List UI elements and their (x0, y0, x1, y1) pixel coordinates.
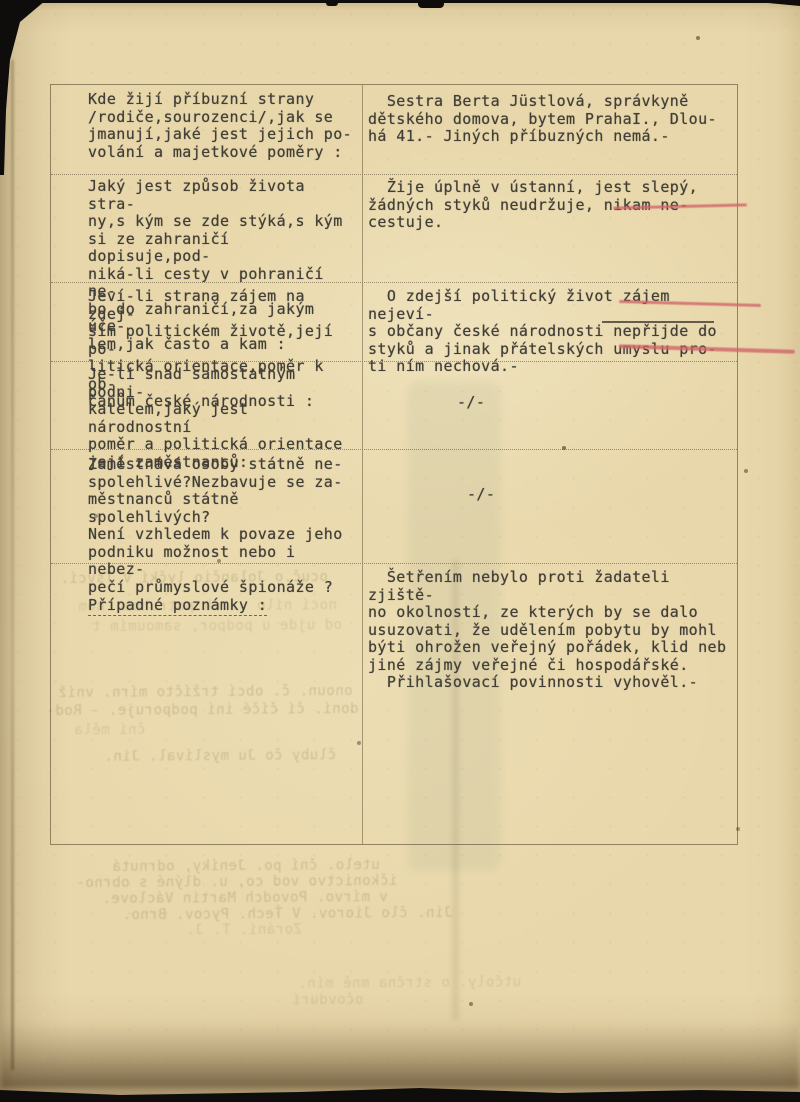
scan-edge-notch (326, 0, 338, 6)
scan-edge-notch (418, 0, 444, 8)
table-row: Případné poznámky : Šetřením nebylo prot… (51, 563, 737, 844)
table-row: Kde žijí příbuzní strany /rodiče,souroze… (51, 85, 737, 174)
scan-edge-bottom (0, 1086, 800, 1102)
answer-cell-business: -/- (363, 362, 737, 449)
ghost-text-line: očovdurí (292, 992, 364, 1009)
question-cell-lifestyle: Jaký jest způsob života stra- ny,s kým s… (51, 175, 363, 282)
ghost-text-line: utčoly. o strčna mně mín. (298, 974, 521, 993)
table-row: Jaký jest způsob života stra- ny,s kým s… (51, 174, 737, 282)
remarks-label: Případné poznámky : (88, 596, 267, 616)
table-row: Je-li snad samostatným podni- katelem,ja… (51, 361, 737, 449)
question-cell-politics: Jeví-li strana zájem na zdej- ším politi… (51, 283, 363, 361)
form-table: Kde žijí příbuzní strany /rodiče,souroze… (50, 84, 738, 845)
question-cell-employees: Zaměstnává osoby státně ne- spolehlivé?N… (51, 450, 363, 563)
ghost-text-line: Zorání. T. J. (186, 922, 302, 940)
scan-edge-top-left (0, 0, 46, 175)
answer-cell-employees: -/- (363, 450, 737, 563)
paper-edge-crease (11, 60, 14, 1070)
answer-cell-relatives: Sestra Berta Jüstlová, správkyně dětskéh… (363, 85, 737, 174)
question-cell-remarks: Případné poznámky : (51, 564, 363, 844)
scan-shadow-bottom (0, 1022, 800, 1088)
question-cell-business: Je-li snad samostatným podni- katelem,ja… (51, 362, 363, 449)
table-row: Zaměstnává osoby státně ne- spolehlivé?N… (51, 449, 737, 563)
answer-cell-lifestyle: Žije úplně v ústanní, jest slepý, žádnýc… (363, 175, 737, 282)
answer-cell-remarks: Šetřením nebylo proti žadateli zjiště- n… (363, 564, 737, 844)
ink-underline-neprijde-do (602, 321, 714, 323)
scan-edge-top-right (762, 0, 800, 6)
scan-edge-top (0, 0, 800, 3)
question-cell-relatives: Kde žijí příbuzní strany /rodiče,souroze… (51, 85, 363, 174)
